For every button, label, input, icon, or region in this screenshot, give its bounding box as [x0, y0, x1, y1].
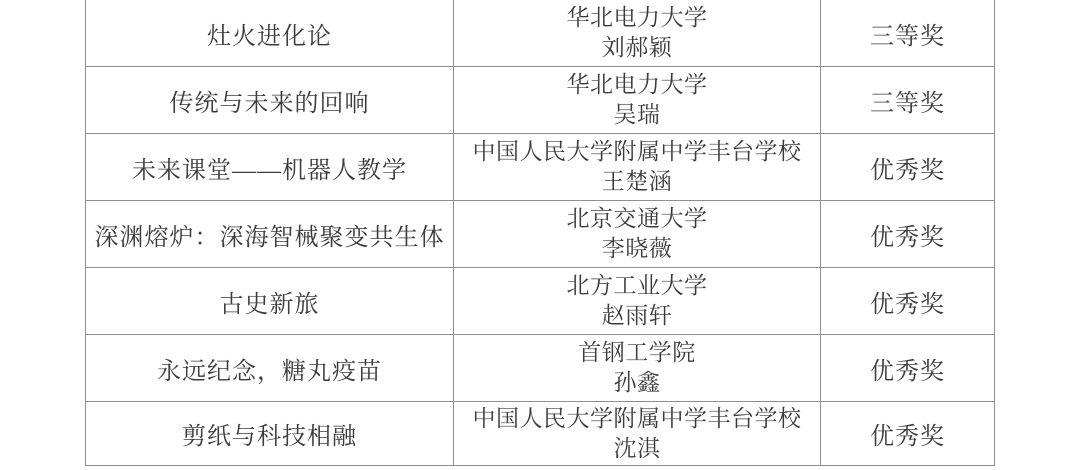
award-cell: 优秀奖: [820, 335, 995, 401]
work-title-cell: 永远纪念，糖丸疫苗: [85, 335, 453, 401]
award-cell: 优秀奖: [820, 402, 995, 465]
table-row: 未来课堂——机器人教学 中国人民大学附属中学丰台学校 王楚涵 优秀奖: [85, 134, 995, 201]
author-name: 孙鑫: [614, 368, 661, 398]
award-cell: 三等奖: [820, 67, 995, 133]
work-title-cell: 灶火进化论: [85, 0, 453, 66]
table-row: 永远纪念，糖丸疫苗 首钢工学院 孙鑫 优秀奖: [85, 335, 995, 402]
award-cell: 优秀奖: [820, 201, 995, 267]
school-name: 中国人民大学附属中学丰台学校: [473, 404, 802, 434]
author-name: 刘郝颖: [602, 33, 673, 63]
school-author-cell: 中国人民大学附属中学丰台学校 王楚涵: [453, 134, 820, 200]
school-name: 中国人民大学附属中学丰台学校: [473, 137, 802, 167]
author-name: 赵雨轩: [602, 301, 673, 331]
work-title: 永远纪念，糖丸疫苗: [157, 351, 382, 386]
author-name: 王楚涵: [602, 167, 673, 197]
school-author-cell: 中国人民大学附属中学丰台学校 沈淇: [453, 402, 820, 465]
school-name: 北方工业大学: [567, 271, 708, 301]
school-author-cell: 北京交通大学 李晓薇: [453, 201, 820, 267]
award-level: 优秀奖: [870, 217, 945, 252]
author-name: 吴瑞: [614, 100, 661, 130]
school-author-cell: 首钢工学院 孙鑫: [453, 335, 820, 401]
work-title: 未来课堂——机器人教学: [132, 150, 407, 185]
award-level: 优秀奖: [870, 150, 945, 185]
award-level: 三等奖: [870, 83, 945, 118]
work-title-cell: 未来课堂——机器人教学: [85, 134, 453, 200]
award-level: 优秀奖: [870, 416, 945, 451]
author-name: 李晓薇: [602, 234, 673, 264]
school-author-cell: 北方工业大学 赵雨轩: [453, 268, 820, 334]
table-row: 传统与未来的回响 华北电力大学 吴瑞 三等奖: [85, 67, 995, 134]
table-row: 剪纸与科技相融 中国人民大学附属中学丰台学校 沈淇 优秀奖: [85, 402, 995, 466]
award-level: 优秀奖: [870, 284, 945, 319]
work-title-cell: 深渊熔炉：深海智械聚变共生体: [85, 201, 453, 267]
school-name: 北京交通大学: [567, 204, 708, 234]
work-title-cell: 剪纸与科技相融: [85, 402, 453, 465]
award-cell: 三等奖: [820, 0, 995, 66]
school-author-cell: 华北电力大学 刘郝颖: [453, 0, 820, 66]
award-cell: 优秀奖: [820, 134, 995, 200]
school-author-cell: 华北电力大学 吴瑞: [453, 67, 820, 133]
award-level: 三等奖: [870, 16, 945, 51]
work-title: 深渊熔炉：深海智械聚变共生体: [95, 217, 445, 252]
work-title: 传统与未来的回响: [170, 83, 370, 118]
work-title-cell: 传统与未来的回响: [85, 67, 453, 133]
table-row: 古史新旅 北方工业大学 赵雨轩 优秀奖: [85, 268, 995, 335]
school-name: 华北电力大学: [567, 3, 708, 33]
table-row: 深渊熔炉：深海智械聚变共生体 北京交通大学 李晓薇 优秀奖: [85, 201, 995, 268]
author-name: 沈淇: [614, 434, 661, 464]
award-level: 优秀奖: [870, 351, 945, 386]
work-title: 古史新旅: [220, 284, 320, 319]
award-cell: 优秀奖: [820, 268, 995, 334]
table-row: 灶火进化论 华北电力大学 刘郝颖 三等奖: [85, 0, 995, 67]
work-title: 剪纸与科技相融: [182, 416, 357, 451]
awards-table: 灶火进化论 华北电力大学 刘郝颖 三等奖 传统与未来的回响 华北电力大学 吴瑞 …: [85, 0, 995, 466]
work-title: 灶火进化论: [207, 16, 332, 51]
school-name: 华北电力大学: [567, 70, 708, 100]
work-title-cell: 古史新旅: [85, 268, 453, 334]
school-name: 首钢工学院: [578, 338, 696, 368]
